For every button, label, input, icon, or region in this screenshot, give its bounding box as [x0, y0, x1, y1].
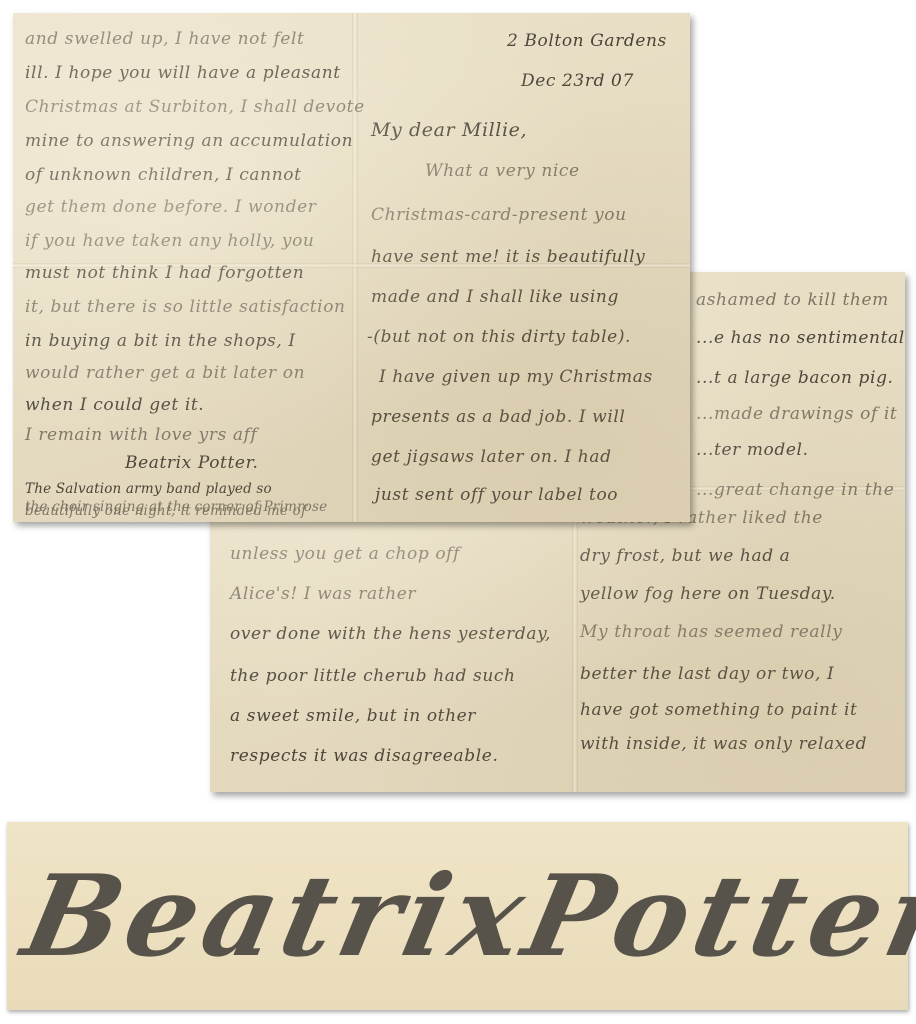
text-line: get them done before. I wonder [25, 197, 316, 217]
text-line: it, but there is so little satisfaction [25, 297, 346, 317]
date: Dec 23rd 07 [521, 71, 634, 91]
text-line: made and I shall like using [371, 287, 619, 307]
text-line: would rather get a bit later on [25, 363, 305, 383]
text-line: just sent off your label too [375, 485, 618, 505]
signature-first-name: Beatrix [13, 851, 541, 982]
text-line: when I could get it. [25, 395, 204, 415]
text-line: presents as a bad job. I will [371, 407, 625, 427]
text-line: over done with the hens yesterday, [230, 624, 551, 644]
signature-inline: Beatrix Potter. [125, 453, 258, 473]
postscript-line: The Salvation army band played so [25, 481, 272, 497]
signature-last-name: Potter [514, 851, 916, 982]
text-line: ...made drawings of it [696, 404, 897, 424]
text-line: respects it was disagreeable. [230, 746, 498, 766]
postscript-line: the choir singing at the corner of Primr… [25, 499, 327, 515]
text-line: What a very nice [425, 161, 580, 181]
text-line: better the last day or two, I [580, 664, 834, 684]
text-line: ...e has no sentimental [696, 328, 905, 348]
text-line: ...ter model. [696, 440, 809, 460]
text-line: dry frost, but we had a [580, 546, 790, 566]
text-line: ashamed to kill them [696, 290, 889, 310]
text-line: I have given up my Christmas [379, 367, 653, 387]
signature-closeup: Beatrix Potter [7, 822, 908, 1010]
text-line: mine to answering an accumulation [25, 131, 353, 151]
text-line: My throat has seemed really [580, 622, 842, 642]
text-line: with inside, it was only relaxed [580, 734, 867, 754]
text-line: ...great change in the [696, 480, 894, 500]
signature-text: Beatrix Potter [9, 832, 906, 1000]
text-line: have got something to paint it [580, 700, 857, 720]
text-line: ...t a large bacon pig. [696, 368, 894, 388]
text-line: get jigsaws later on. I had [371, 447, 612, 467]
text-line: if you have taken any holly, you [25, 231, 314, 251]
text-line: -(but not on this dirty table). [367, 327, 631, 347]
text-line: ill. I hope you will have a pleasant [25, 63, 341, 83]
text-line: unless you get a chop off [230, 544, 460, 564]
text-line: and swelled up, I have not felt [25, 29, 304, 49]
letter-front-sheet: and swelled up, I have not felt ill. I h… [13, 13, 690, 522]
salutation: My dear Millie, [371, 119, 527, 141]
text-line: a sweet smile, but in other [230, 706, 476, 726]
text-line: of unknown children, I cannot [25, 165, 302, 185]
text-line: the poor little cherub had such [230, 666, 516, 686]
text-line: Christmas at Surbiton, I shall devote [25, 97, 365, 117]
text-line: Christmas-card-present you [371, 205, 627, 225]
text-line: have sent me! it is beautifully [371, 247, 645, 267]
text-line: must not think I had forgotten [25, 263, 304, 283]
address: 2 Bolton Gardens [507, 31, 667, 51]
text-line: in buying a bit in the shops, I [25, 331, 296, 351]
text-line: yellow fog here on Tuesday. [580, 584, 836, 604]
text-line: Alice's! I was rather [230, 584, 416, 604]
closing-line: I remain with love yrs aff [25, 425, 257, 445]
